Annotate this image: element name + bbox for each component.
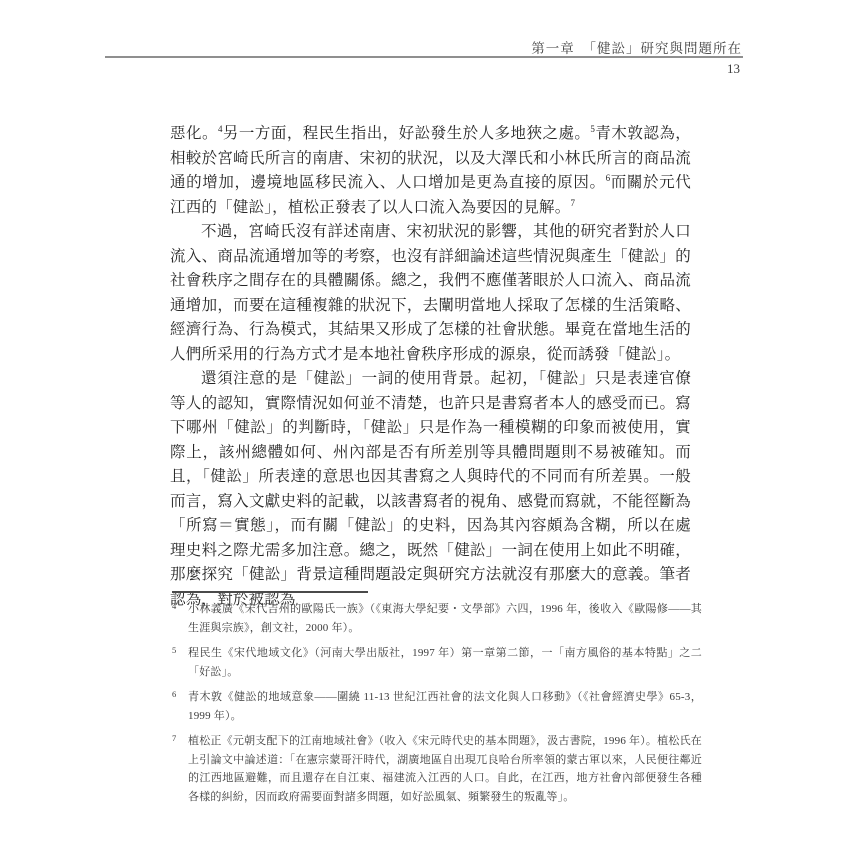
footnote-text: 青木敦《健訟的地域意象——圍繞 11-13 世紀江西社會的法文化與人口移動》（《… xyxy=(188,688,702,725)
footnote-number: 4 xyxy=(172,600,188,637)
footnote-item: 6青木敦《健訟的地域意象——圍繞 11-13 世紀江西社會的法文化與人口移動》（… xyxy=(172,688,702,725)
footnote-number: 7 xyxy=(172,732,188,806)
footnote-ref: 6 xyxy=(606,173,611,183)
paragraph: 不過，宮崎氏沒有詳述南唐、宋初狀況的影響，其他的研究者對於人口流入、商品流通增加… xyxy=(170,220,691,367)
paragraph: 惡化。4另一方面，程民生指出，好訟發生於人多地狹之處。5青木敦認為，相較於宮崎氏… xyxy=(170,122,691,220)
header-divider-line xyxy=(105,56,743,58)
footnote-number: 6 xyxy=(172,688,188,725)
running-head-chapter-title: 第一章 「健訟」研究與問題所在 xyxy=(531,37,742,57)
page-number: 13 xyxy=(727,61,740,77)
footnote-text: 植松正《元朝支配下的江南地域社會》（收入《宋元時代史的基本問題》，汲古書院，19… xyxy=(188,732,702,806)
footnotes-section: 4小林義廣《宋代吉州的歐陽氏一族》（《東海大學紀要・文學部》六四，1996 年，… xyxy=(172,600,702,813)
footnote-ref: 5 xyxy=(590,124,595,134)
footnote-separator-line xyxy=(172,591,368,593)
footnote-item: 7植松正《元朝支配下的江南地域社會》（收入《宋元時代史的基本問題》，汲古書院，1… xyxy=(172,732,702,806)
footnote-number: 5 xyxy=(172,644,188,681)
footnote-ref: 4 xyxy=(218,124,223,134)
footnote-text: 程民生《宋代地域文化》（河南大學出版社，1997 年）第一章第二節，一「南方風俗… xyxy=(188,644,702,681)
paragraph: 還須注意的是「健訟」一詞的使用背景。起初，「健訟」只是表達官僚等人的認知，實際情… xyxy=(170,367,691,612)
body-text: 惡化。4另一方面，程民生指出，好訟發生於人多地狹之處。5青木敦認為，相較於宮崎氏… xyxy=(170,122,691,612)
book-page: 第一章 「健訟」研究與問題所在 13 惡化。4另一方面，程民生指出，好訟發生於人… xyxy=(0,0,850,850)
footnote-ref: 7 xyxy=(570,197,575,207)
footnote-text: 小林義廣《宋代吉州的歐陽氏一族》（《東海大學紀要・文學部》六四，1996 年，後… xyxy=(188,600,702,637)
footnote-item: 4小林義廣《宋代吉州的歐陽氏一族》（《東海大學紀要・文學部》六四，1996 年，… xyxy=(172,600,702,637)
footnote-item: 5程民生《宋代地域文化》（河南大學出版社，1997 年）第一章第二節，一「南方風… xyxy=(172,644,702,681)
